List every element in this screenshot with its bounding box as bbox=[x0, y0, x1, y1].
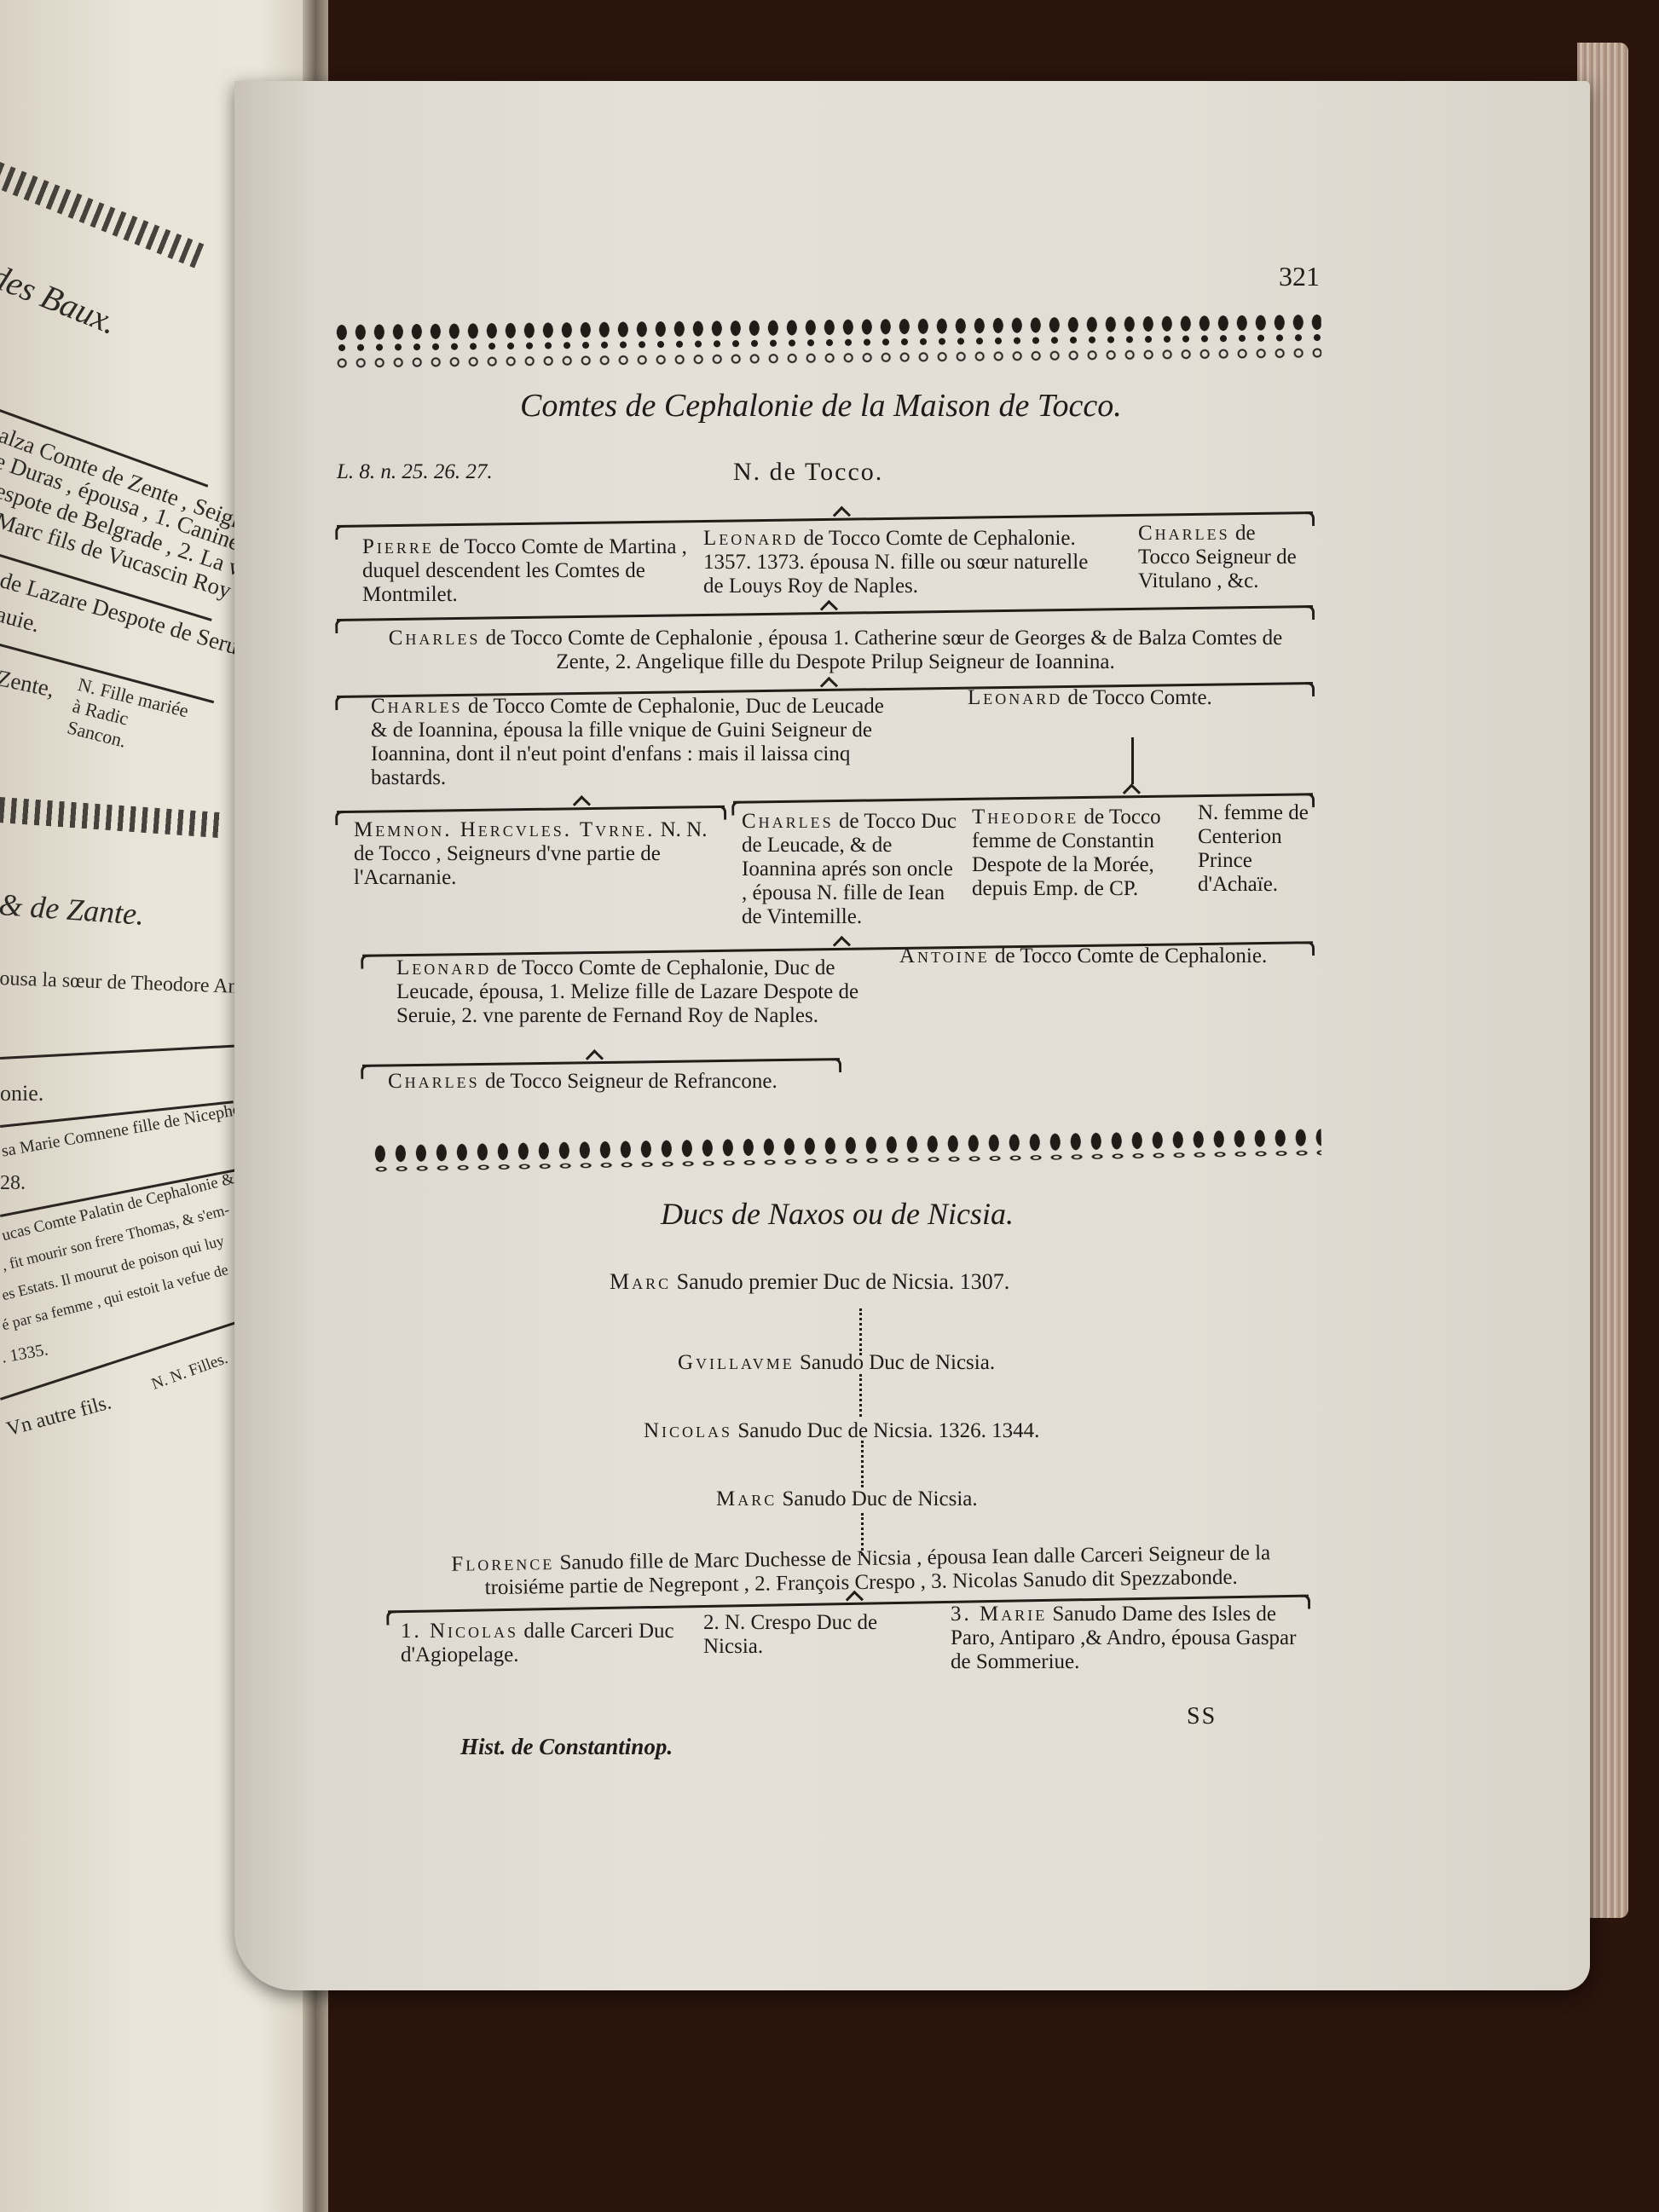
person-marc-1307: Marc Sanudo premier Duc de Nicsia. 1307. bbox=[610, 1270, 1009, 1294]
left-line: 28. bbox=[0, 1172, 26, 1195]
root-name: N. de Tocco. bbox=[733, 458, 883, 486]
left-line: N. Fille mariée à Radic Sancon. bbox=[65, 673, 197, 767]
child-nicolas: 1. Nicolas dalle Carceri Duc d'Agiopelag… bbox=[401, 1620, 691, 1667]
child-crespo: 2. N. Crespo Duc de Nicsia. bbox=[703, 1611, 916, 1659]
section-title-cephalonie: Comtes de Cephalonie de la Maison de Toc… bbox=[520, 394, 1122, 418]
person-name: Leonard bbox=[396, 956, 491, 979]
section-title-naxos: Ducs de Naxos ou de Nicsia. bbox=[661, 1202, 1014, 1226]
person-antoine: Antoine de Tocco Comte de Cephalonie. bbox=[899, 944, 1300, 968]
person-charles-vitulano: Charles de Tocco Seigneur de Vitulano , … bbox=[1138, 522, 1309, 593]
left-title-fragment-2: & de Zante. bbox=[0, 887, 146, 933]
left-line: . 1335. bbox=[0, 1340, 49, 1367]
person-leonard-gen5: Leonard de Tocco Comte de Cephalonie, Du… bbox=[396, 956, 870, 1028]
child-marie: 3. Marie Sanudo Dame des Isles de Paro, … bbox=[951, 1603, 1313, 1674]
person-desc: N. Crespo Duc de Nicsia. bbox=[703, 1611, 877, 1658]
left-line: onie. bbox=[0, 1081, 43, 1106]
person-n-femme: N. femme de Centerion Prince d'Achaïe. bbox=[1198, 801, 1334, 897]
reference-note: L. 8. n. 25. 26. 27. bbox=[337, 460, 493, 484]
person-desc: Sanudo Duc de Nicsia. bbox=[800, 1351, 995, 1374]
person-name: Theodore bbox=[972, 806, 1078, 829]
person-name: Pierre bbox=[362, 535, 434, 558]
left-title-fragment-1: des Baux. bbox=[0, 256, 123, 343]
person-name: 2. bbox=[703, 1611, 720, 1634]
person-name: Charles bbox=[1138, 522, 1230, 545]
left-rule-4 bbox=[0, 1045, 234, 1060]
person-name: 3. Marie bbox=[951, 1603, 1047, 1626]
person-charles-refrancone: Charles de Tocco Seigneur de Refrancone. bbox=[388, 1070, 899, 1094]
left-line: sa Marie Comnene fille de Nicephore bbox=[0, 1098, 256, 1162]
person-charles-gen2: Charles de Tocco Comte de Cephalonie , é… bbox=[367, 627, 1304, 674]
person-memnon: Memnon. Hercvles. Tvrne. N. N. de Tocco … bbox=[354, 818, 729, 890]
person-name: Leonard bbox=[968, 686, 1062, 709]
person-name: Gvillavme bbox=[678, 1351, 795, 1374]
descent-dotted-3 bbox=[861, 1441, 864, 1487]
page-number: 321 bbox=[1279, 264, 1320, 288]
person-desc: Sanudo premier Duc de Nicsia. 1307. bbox=[677, 1269, 1010, 1294]
person-name: Marc bbox=[610, 1269, 671, 1294]
catchword: Hist. de Constantinop. bbox=[460, 1735, 673, 1759]
person-name: Marc bbox=[716, 1487, 777, 1510]
person-desc: de Tocco Comte de Cephalonie. bbox=[995, 944, 1267, 967]
person-charles-gen3: Charles de Tocco Comte de Cephalonie, Du… bbox=[371, 695, 899, 790]
person-desc: de Tocco Comte de Cephalonie , épousa 1.… bbox=[486, 627, 1283, 673]
signature-mark: SS bbox=[1187, 1705, 1217, 1729]
person-guillaume: Gvillavme Sanudo Duc de Nicsia. bbox=[678, 1351, 995, 1375]
person-leonard: Leonard de Tocco Comte de Cephalonie. 13… bbox=[703, 527, 1113, 598]
person-name: 1. Nicolas bbox=[401, 1620, 518, 1643]
descent-dotted-2 bbox=[859, 1374, 862, 1417]
left-ornament-middle bbox=[0, 797, 221, 838]
person-name: Antoine bbox=[899, 944, 990, 967]
left-ornament-top bbox=[0, 162, 205, 269]
person-name: Memnon. Hercvles. Tvrne. bbox=[354, 818, 655, 841]
person-desc: N. femme de Centerion Prince d'Achaïe. bbox=[1198, 801, 1309, 896]
person-theodore: Theodore de Tocco femme de Constantin De… bbox=[972, 806, 1189, 901]
person-pierre: Pierre de Tocco Comte de Martina , duque… bbox=[362, 535, 691, 607]
person-charles-gen4: Charles de Tocco Duc de Leucade, & de Io… bbox=[742, 810, 963, 929]
person-name: Leonard bbox=[703, 527, 798, 550]
person-name: Charles bbox=[389, 627, 481, 650]
person-desc: de Tocco Comte. bbox=[1068, 686, 1212, 709]
person-name: Nicolas bbox=[644, 1419, 732, 1442]
left-line: Vn autre fils. bbox=[4, 1391, 114, 1441]
left-line: auie. bbox=[0, 601, 43, 638]
root-person: N. de Tocco. bbox=[733, 460, 883, 484]
person-name: Charles bbox=[371, 695, 463, 718]
left-line: Zente, bbox=[0, 665, 57, 703]
person-desc: Sanudo Duc de Nicsia. 1326. 1344. bbox=[737, 1419, 1039, 1442]
person-desc: Sanudo fille de Marc Duchesse de Nicsia … bbox=[484, 1541, 1270, 1599]
left-line: N. N. Filles. bbox=[149, 1349, 230, 1395]
ornament-band-top bbox=[332, 312, 1322, 373]
descent-line bbox=[1131, 737, 1134, 784]
person-leonard-gen3: Leonard de Tocco Comte. bbox=[968, 686, 1309, 710]
person-nicolas: Nicolas Sanudo Duc de Nicsia. 1326. 1344… bbox=[644, 1419, 1039, 1443]
person-desc: de Tocco Seigneur de Refrancone. bbox=[485, 1070, 777, 1093]
left-line: ousa la sœur de Theodore Ange bbox=[0, 967, 258, 1000]
descent-dotted-1 bbox=[859, 1308, 862, 1355]
person-name: Charles bbox=[388, 1070, 480, 1093]
person-marc: Marc Sanudo Duc de Nicsia. bbox=[716, 1487, 978, 1511]
person-desc: Sanudo Duc de Nicsia. bbox=[783, 1487, 978, 1510]
person-name: Florence bbox=[451, 1551, 554, 1576]
person-name: Charles bbox=[742, 810, 834, 833]
